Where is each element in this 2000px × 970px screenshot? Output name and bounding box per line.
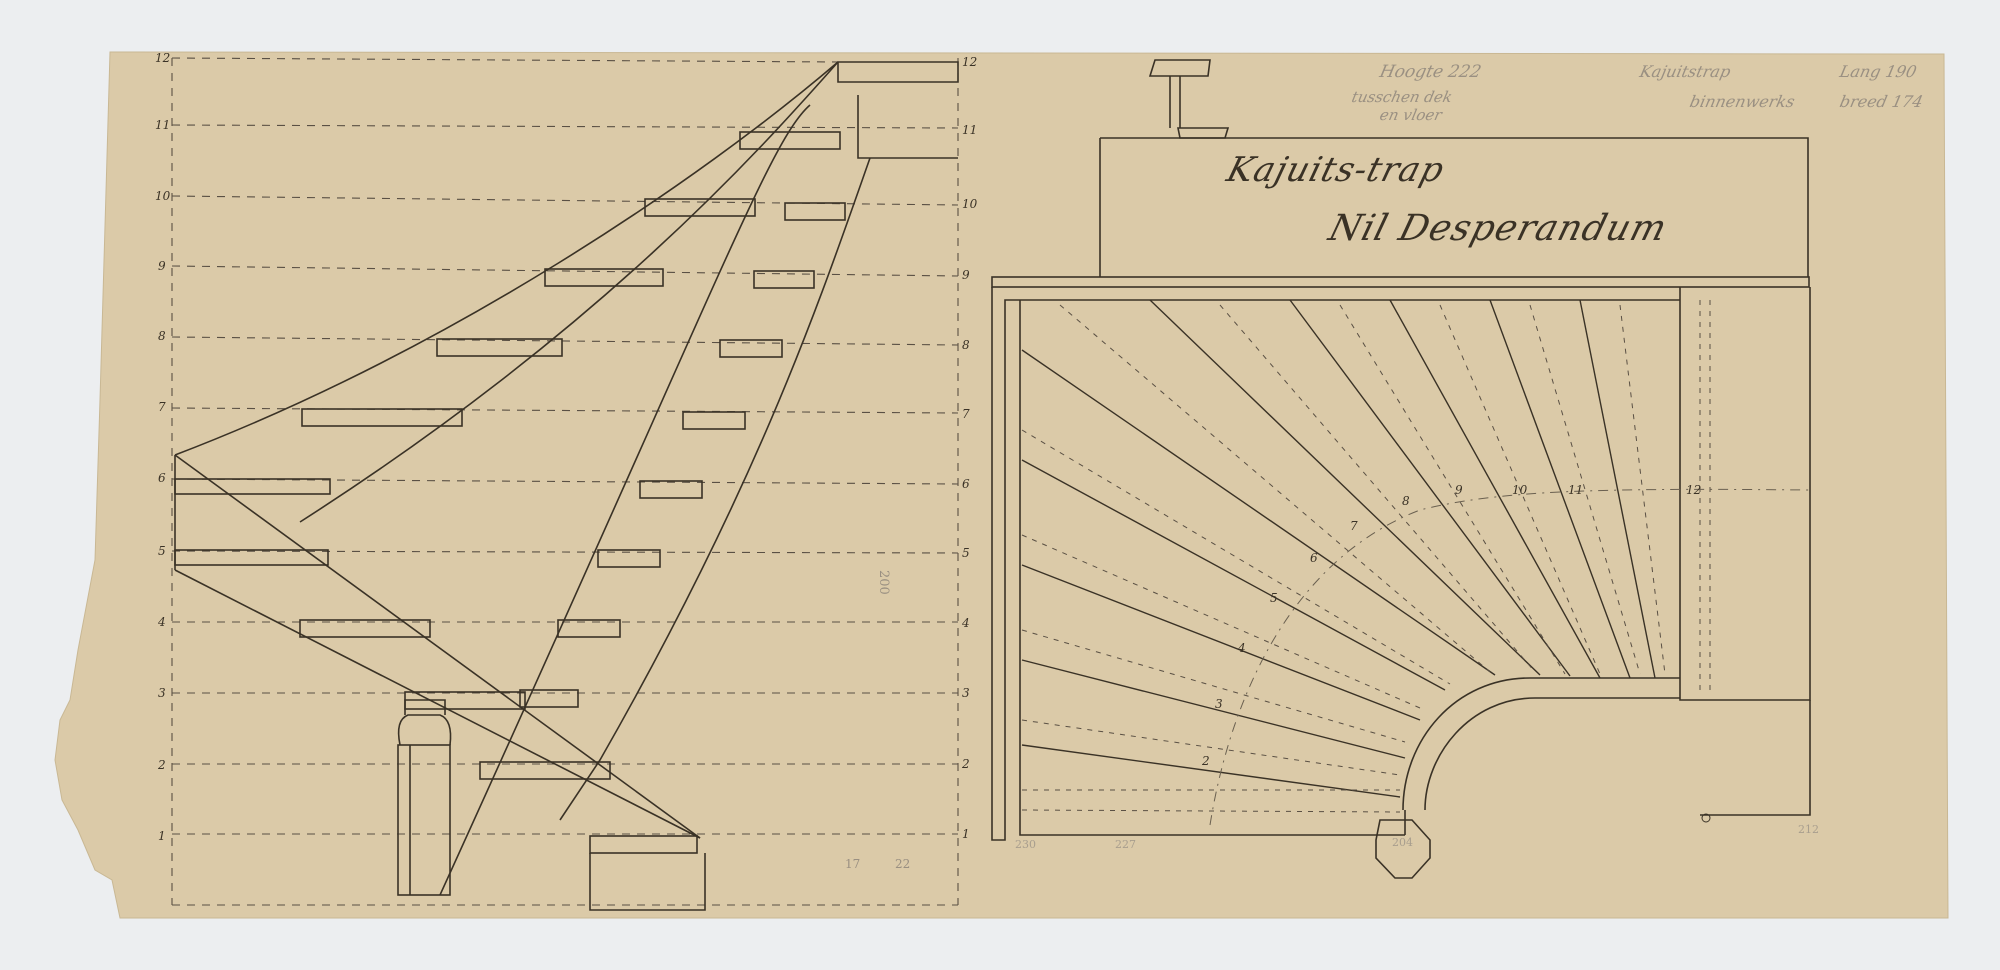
pencil-note: en vloer <box>1378 106 1443 124</box>
step-number: 5 <box>962 546 970 560</box>
tread-number: 4 <box>1237 641 1246 655</box>
tread-number: 10 <box>1512 483 1528 497</box>
tread-number: 6 <box>1310 551 1318 565</box>
step-number: 10 <box>155 189 171 203</box>
step-number: 3 <box>158 686 166 700</box>
step-number: 1 <box>962 827 970 841</box>
ship-name: Nil Desperandum <box>1325 208 1672 249</box>
tread-number: 12 <box>1686 483 1701 497</box>
height-dimension: 200 <box>876 570 891 595</box>
tread-number: 3 <box>1215 697 1223 711</box>
dimension-label: 204 <box>1392 836 1413 849</box>
dimension-label: 227 <box>1115 838 1136 851</box>
tread-number: 7 <box>1350 519 1358 533</box>
step-number: 4 <box>961 616 970 630</box>
bottom-dimension-b: 22 <box>895 857 910 871</box>
step-number: 8 <box>962 338 970 352</box>
step-number: 12 <box>962 55 977 69</box>
pencil-note: Lang 190 <box>1838 62 1918 81</box>
step-number: 4 <box>157 615 166 629</box>
step-number: 2 <box>961 757 970 771</box>
tread-number: 9 <box>1455 483 1463 497</box>
tread-number: 5 <box>1270 591 1278 605</box>
step-number: 2 <box>157 758 166 772</box>
step-number: 1 <box>158 829 166 843</box>
bottom-dimension-a: 17 <box>845 857 860 871</box>
tread-number: 8 <box>1402 494 1410 508</box>
pencil-note: Hoogte 222 <box>1378 62 1483 82</box>
tread-number: 11 <box>1568 483 1583 497</box>
pencil-note: breed 174 <box>1838 92 1925 111</box>
step-number: 7 <box>158 400 166 414</box>
step-number: 5 <box>158 544 166 558</box>
paper-sheet <box>55 52 1948 918</box>
step-number: 7 <box>962 407 970 421</box>
dimension-label: 230 <box>1015 838 1036 851</box>
dimension-label: 212 <box>1798 823 1819 836</box>
step-number: 3 <box>962 686 970 700</box>
stair-drawing: 1 2 3 4 5 6 7 8 9 10 11 12 1 2 3 4 5 6 7… <box>0 0 2000 970</box>
drawing-title: Kajuits-trap <box>1223 150 1449 190</box>
pencil-note: tusschen dek <box>1350 88 1454 106</box>
step-number: 12 <box>155 51 170 65</box>
step-number: 9 <box>962 268 970 282</box>
step-number: 6 <box>962 477 970 491</box>
tread-number: 2 <box>1201 754 1210 768</box>
step-number: 10 <box>962 197 978 211</box>
pencil-note: binnenwerks <box>1688 92 1797 111</box>
step-number: 9 <box>158 259 166 273</box>
step-number: 11 <box>155 118 170 132</box>
pencil-note: Kajuitstrap <box>1638 62 1732 81</box>
step-number: 8 <box>158 329 166 343</box>
step-number: 11 <box>962 123 977 137</box>
step-number: 6 <box>158 471 166 485</box>
